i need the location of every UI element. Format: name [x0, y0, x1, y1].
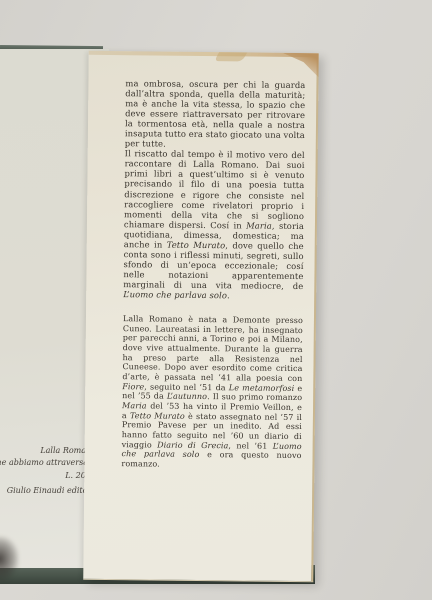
aged-fold-mark: [214, 52, 247, 61]
flap-text-column: ma ombrosa, oscura per chi la guarda dal…: [121, 78, 305, 470]
aged-top-edge: [89, 51, 317, 57]
front-flap-text: Lalla Romano ra che abbiamo attraversato…: [0, 446, 96, 506]
jacket-back-flap-page: ma ombrosa, oscura per chi la guarda dal…: [83, 51, 319, 582]
flap-paragraph-main: Il riscatto dal tempo è il motivo vero d…: [123, 149, 305, 302]
flap-paragraph-intro: ma ombrosa, oscura per chi la guarda dal…: [125, 78, 306, 150]
flap-paragraph-bio: Lalla Romano è nata a Demonte presso Cun…: [121, 314, 303, 470]
front-flap-quote-line: ra che abbiamo attraversato: [0, 458, 96, 467]
front-flap-publisher-line: Giulio Einaudi editore: [7, 486, 96, 495]
shadow-blob: [0, 536, 19, 582]
book: Lalla Romano ra che abbiamo attraversato…: [0, 0, 432, 600]
